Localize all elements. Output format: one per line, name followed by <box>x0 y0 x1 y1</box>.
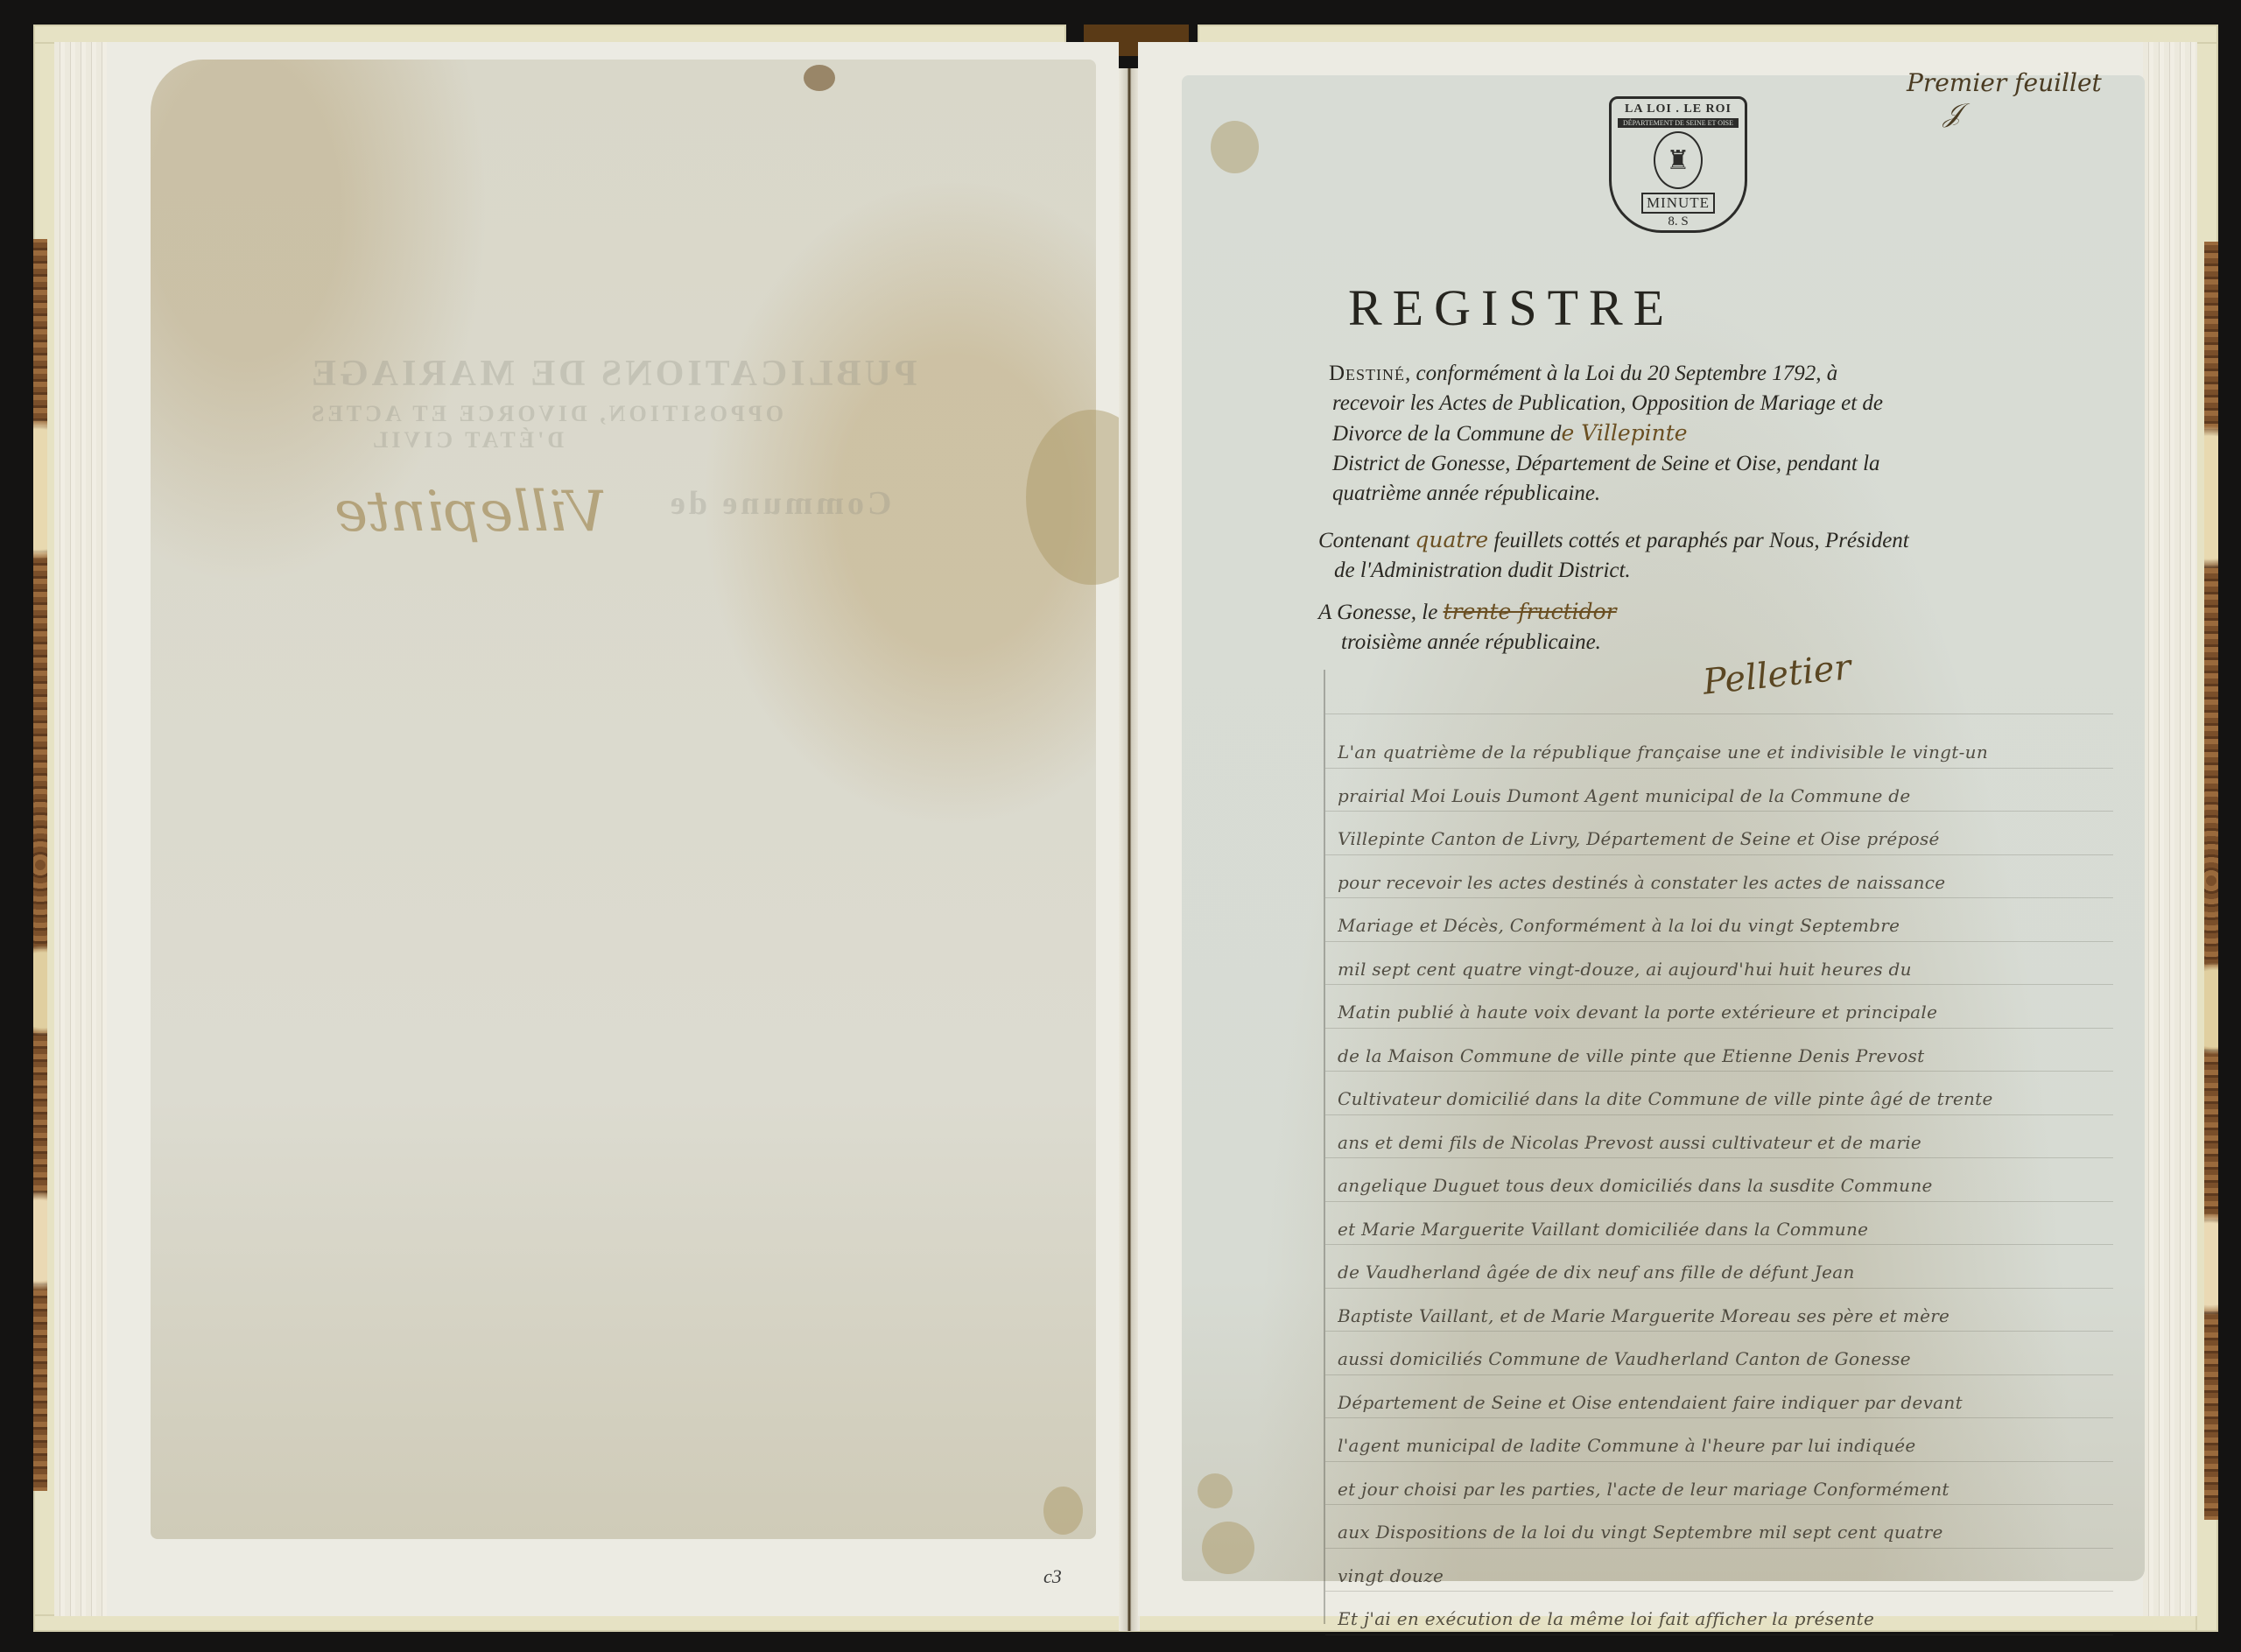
margin-rule <box>1324 670 1325 1624</box>
ledger-rule <box>1325 854 2113 855</box>
ledger-rule <box>1325 811 2113 812</box>
ledger-rule <box>1325 1244 2113 1245</box>
ledger-rule <box>1325 1288 2113 1289</box>
folio-mark: c3 <box>1043 1565 1062 1588</box>
stain <box>1202 1522 1254 1574</box>
tax-stamp: LA LOI . LE ROI DÉPARTEMENT DE SEINE ET … <box>1609 96 1747 233</box>
top-board-edge-left <box>33 25 1066 44</box>
ledger-rule <box>1325 1417 2113 1418</box>
commune-name-handwritten: e Villepinte <box>1562 420 1688 446</box>
ledger-rule <box>1325 1548 2113 1549</box>
folio-note: Premier feuillet <box>1907 68 2102 97</box>
stamp-banner: LA LOI . LE ROI <box>1625 102 1732 116</box>
ledger-rule <box>1325 1114 2113 1115</box>
ledger-rule <box>1325 768 2113 769</box>
sheet-count-handwritten: quatre <box>1415 527 1488 552</box>
ledger-rule <box>1325 897 2113 898</box>
intro-line-3: Divorce de la Commune d <box>1332 422 1562 446</box>
show-through-line-4: Commune de <box>667 484 891 523</box>
stamp-figure-icon: ♜ <box>1654 131 1703 189</box>
ledger-rule <box>1325 1591 2113 1592</box>
stain <box>1211 121 1259 173</box>
top-board-edge-right <box>1198 25 2218 44</box>
show-through-line-3: D'ÉTAT CIVIL <box>369 427 564 453</box>
show-through-signature: Villepinte <box>334 480 607 545</box>
contents-line-2: de l'Administration dudit District. <box>1334 559 1631 582</box>
right-page-stack <box>2143 42 2197 1616</box>
ledger-rule <box>1325 1331 2113 1332</box>
stain <box>804 65 835 91</box>
dateline: A Gonesse, le trente fructidor troisième… <box>1318 597 1966 657</box>
dateline-line-2: troisième année républicaine. <box>1341 630 1601 654</box>
ledger-rule <box>1325 984 2113 985</box>
page-title: REGISTRE <box>1348 278 1838 337</box>
intro-paragraph: Destiné, conformément à la Loi du 20 Sep… <box>1329 359 1959 509</box>
intro-line-4: District de Gonesse, Département de Sein… <box>1332 452 1880 475</box>
contents-paragraph: Contenant quatre feuillets cottés et par… <box>1318 525 1966 586</box>
ledger-rule <box>1325 1201 2113 1202</box>
book-gutter <box>1119 68 1140 1631</box>
show-through-line-2: OPPOSITION, DIVORCE ET ACTES <box>308 401 783 427</box>
ledger-rule <box>1325 1028 2113 1029</box>
left-leaf <box>151 60 1096 1539</box>
intro-line-5: quatrième année républicaine. <box>1332 482 1600 505</box>
contents-line-1: feuillets cottés et paraphés par Nous, P… <box>1493 529 1908 552</box>
dateline-prefix: A Gonesse, le <box>1318 601 1437 624</box>
left-page: PUBLICATIONS DE MARIAGE OPPOSITION, DIVO… <box>107 42 1119 1616</box>
ledger-rule <box>1325 1071 2113 1072</box>
right-marbled-cover <box>2204 242 2218 1520</box>
stamp-price: 8. S <box>1668 214 1688 229</box>
intro-line-2: recevoir les Actes de Publication, Oppos… <box>1332 391 1883 415</box>
ledger-rule <box>1325 1504 2113 1505</box>
ledger-rule <box>1325 1157 2113 1158</box>
ledger-rule-top <box>1325 714 2113 714</box>
intro-line-1: , conformément à la Loi du 20 Septembre … <box>1405 362 1837 385</box>
stain <box>1198 1473 1233 1508</box>
lead-word: Destiné <box>1329 362 1405 385</box>
stain <box>1043 1487 1083 1535</box>
left-page-stack <box>54 42 107 1616</box>
date-handwritten: trente fructidor <box>1444 599 1617 624</box>
ledger-rule <box>1325 1461 2113 1462</box>
show-through-line-1: PUBLICATIONS DE MARIAGE <box>308 353 917 395</box>
ledger-rule <box>1325 941 2113 942</box>
stamp-ribbon: DÉPARTEMENT DE SEINE ET OISE <box>1618 118 1739 128</box>
ledger-rule <box>1325 1374 2113 1375</box>
left-marbled-cover <box>33 239 47 1491</box>
paraph-icon: 𝒥 <box>1943 98 1962 129</box>
contents-prefix: Contenant <box>1318 529 1409 552</box>
ledger-rule <box>1325 1634 2113 1635</box>
stamp-label: MINUTE <box>1641 193 1715 214</box>
